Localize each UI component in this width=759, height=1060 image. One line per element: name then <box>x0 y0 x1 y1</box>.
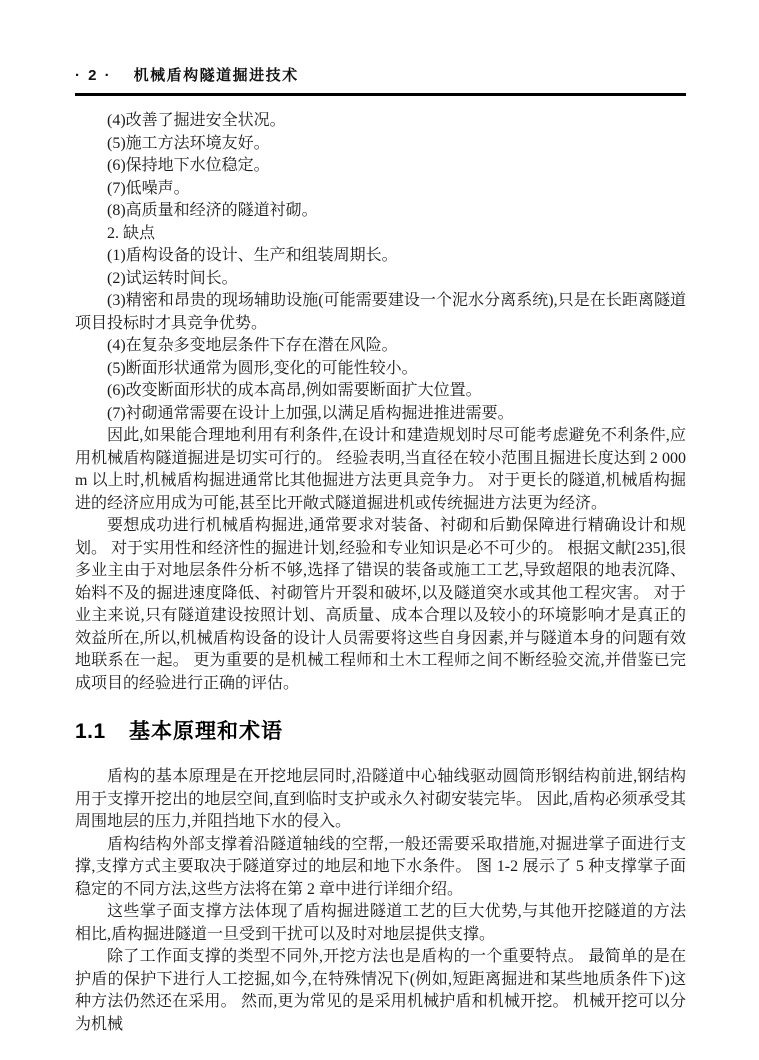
list-item: (5)施工方法环境友好。 <box>75 133 686 156</box>
paragraph: 要想成功进行机械盾构掘进,通常要求对装备、衬砌和后勤保障进行精确设计和规划。 对… <box>75 515 686 695</box>
paragraph: 因此,如果能合理地利用有利条件,在设计和建造规划时尽可能考虑避免不利条件,应用机… <box>75 425 686 515</box>
list-item: (7)衬砌通常需要在设计上加强,以满足盾构掘进推进需要。 <box>75 403 686 426</box>
running-header: · 2 · 机械盾构隧道掘进技术 <box>75 66 686 86</box>
book-title: 机械盾构隧道掘进技术 <box>134 66 299 86</box>
list-item: (8)高质量和经济的隧道衬砌。 <box>75 200 686 223</box>
section-number: 1.1 <box>75 718 106 746</box>
list-item: (5)断面形状通常为圆形,变化的可能性较小。 <box>75 358 686 381</box>
list-item: (4)在复杂多变地层条件下存在潜在风险。 <box>75 335 686 358</box>
section-heading: 1.1 基本原理和术语 <box>75 718 686 746</box>
list-item: (3)精密和昂贵的现场辅助设施(可能需要建设一个泥水分离系统),只是在长距离隧道… <box>75 290 686 335</box>
drawbacks-heading: 2. 缺点 <box>75 223 686 246</box>
list-item: (2)试运转时间长。 <box>75 268 686 291</box>
paragraph: 这些掌子面支撑方法体现了盾构掘进隧道工艺的巨大优势,与其他开挖隧道的方法相比,盾… <box>75 901 686 946</box>
header-rule <box>75 93 686 96</box>
list-item: (1)盾构设备的设计、生产和组装周期长。 <box>75 245 686 268</box>
page-number: · 2 · <box>75 66 112 86</box>
list-item: (4)改善了掘进安全状况。 <box>75 110 686 133</box>
list-item: (6)改变断面形状的成本高昂,例如需要断面扩大位置。 <box>75 380 686 403</box>
book-page: · 2 · 机械盾构隧道掘进技术 (4)改善了掘进安全状况。 (5)施工方法环境… <box>0 0 759 1060</box>
list-item: (6)保持地下水位稳定。 <box>75 155 686 178</box>
paragraph: 盾构结构外部支撑着沿隧道轴线的空帮,一般还需要采取措施,对掘进掌子面进行支撑,支… <box>75 834 686 902</box>
page-body: (4)改善了掘进安全状况。 (5)施工方法环境友好。 (6)保持地下水位稳定。 … <box>75 110 686 1036</box>
paragraph: 盾构的基本原理是在开挖地层同时,沿隧道中心轴线驱动圆筒形钢结构前进,钢结构用于支… <box>75 766 686 834</box>
paragraph: 除了工作面支撑的类型不同外,开挖方法也是盾构的一个重要特点。 最简单的是在护盾的… <box>75 946 686 1036</box>
section-title: 基本原理和术语 <box>129 718 283 746</box>
list-item: (7)低噪声。 <box>75 178 686 201</box>
